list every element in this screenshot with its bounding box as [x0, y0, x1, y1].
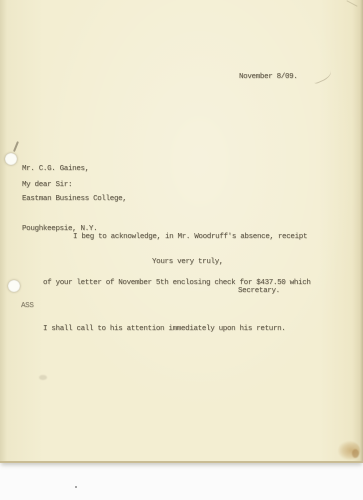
body-line: I beg to acknowledge, in Mr. Woodruff's … — [43, 230, 311, 245]
recipient-name: Mr. C.G. Gaines, — [22, 164, 127, 174]
letter-body: I beg to acknowledge, in Mr. Woodruff's … — [43, 200, 311, 367]
letter-paper: November 8/09. Mr. C.G. Gaines, Eastman … — [0, 0, 363, 463]
salutation: My dear Sir: — [22, 180, 72, 190]
stain-mark-icon — [352, 449, 359, 458]
pencil-squiggle-icon — [311, 66, 334, 84]
letter-date: November 8/09. — [239, 72, 298, 82]
signature-title: Secretary. — [238, 286, 280, 296]
punch-hole-bottom — [8, 280, 20, 292]
closing-phrase: Yours very truly, — [152, 257, 223, 267]
punch-hole-top — [5, 153, 17, 165]
smudge-mark-icon — [39, 375, 47, 380]
scanned-letter-page: November 8/09. Mr. C.G. Gaines, Eastman … — [0, 0, 363, 500]
scratch-mark-icon — [346, 0, 357, 7]
dust-speck-icon — [75, 486, 77, 488]
body-line: I shall call to his attention immediatel… — [43, 322, 311, 337]
typist-initials: ASS — [21, 301, 34, 311]
pencil-checkmark-icon — [13, 141, 19, 152]
